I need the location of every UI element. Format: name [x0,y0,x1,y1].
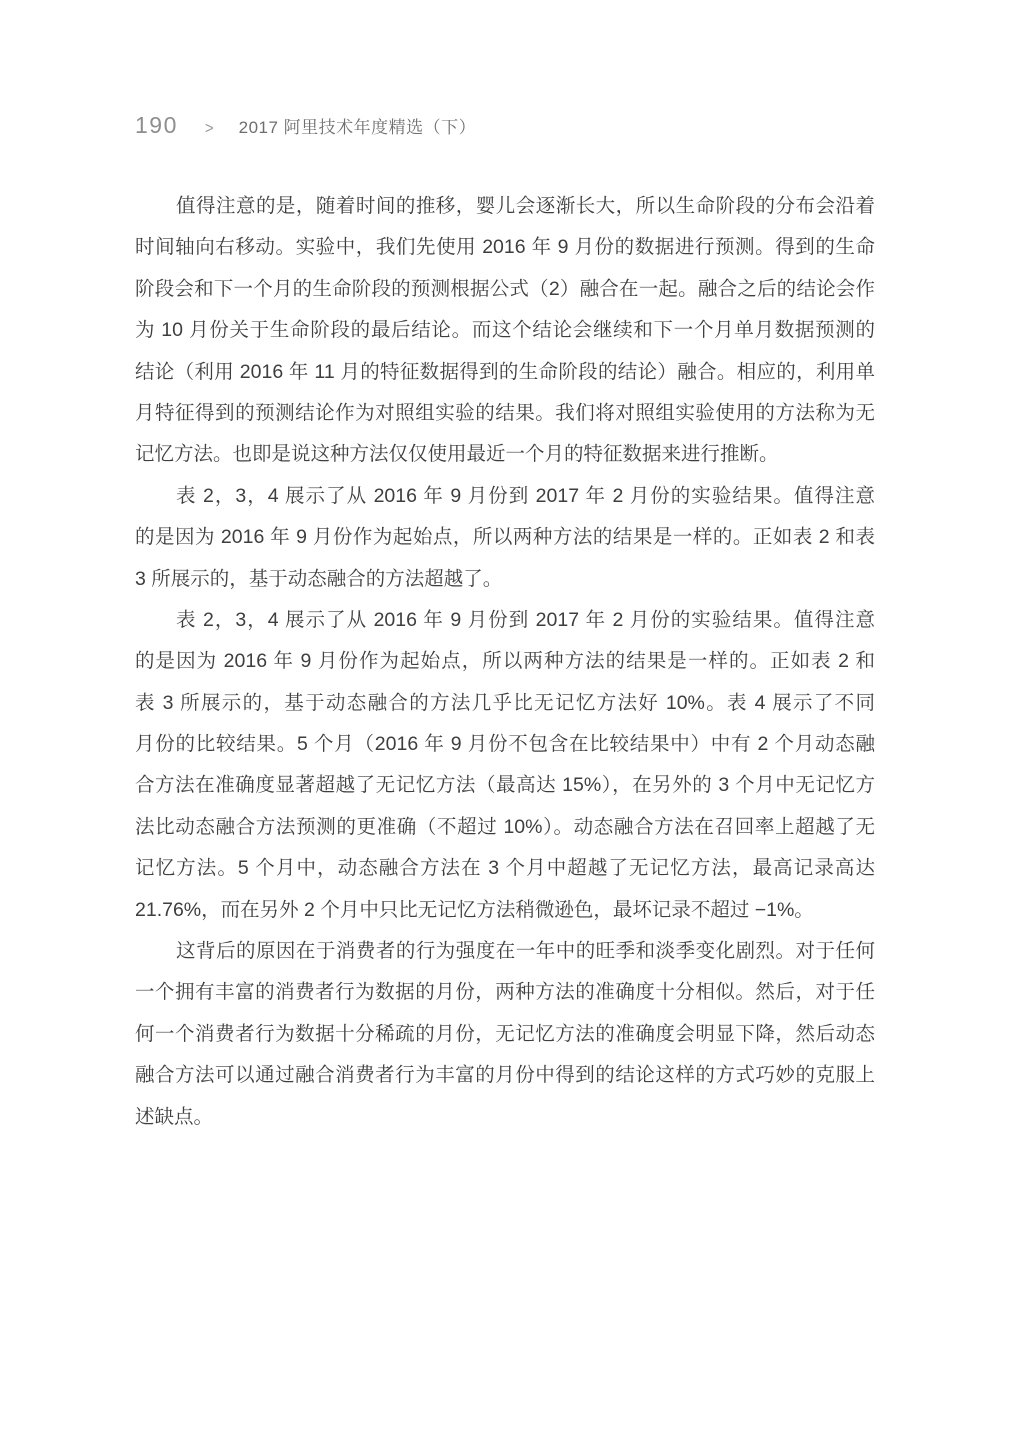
text-line: 融合方法可以通过融合消费者行为丰富的月份中得到的结论这样的方式巧妙的克服上 [135,1055,875,1096]
text-line: 21.76%，而在另外 2 个月中只比无记忆方法稍微逊色，最坏记录不超过 −1%… [135,890,875,931]
page-header: 190 > 2017 阿里技术年度精选（下） [135,112,476,139]
text-line: 为 10 月份关于生命阶段的最后结论。而这个结论会继续和下一个月单月数据预测的 [135,310,875,351]
text-line: 结论（利用 2016 年 11 月的特征数据得到的生命阶段的结论）融合。相应的，… [135,352,875,393]
text-line: 月特征得到的预测结论作为对照组实验的结果。我们将对照组实验使用的方法称为无 [135,393,875,434]
text-line: 表 2，3，4 展示了从 2016 年 9 月份到 2017 年 2 月份的实验… [135,476,875,517]
text-line: 一个拥有丰富的消费者行为数据的月份，两种方法的准确度十分相似。然后，对于任 [135,972,875,1013]
text-line: 记忆方法。也即是说这种方法仅仅使用最近一个月的特征数据来进行推断。 [135,434,875,475]
text-line: 的是因为 2016 年 9 月份作为起始点，所以两种方法的结果是一样的。正如表 … [135,517,875,558]
text-line: 表 2，3，4 展示了从 2016 年 9 月份到 2017 年 2 月份的实验… [135,600,875,641]
chevron-separator-icon: > [205,119,214,138]
text-line: 的是因为 2016 年 9 月份作为起始点，所以两种方法的结果是一样的。正如表 … [135,641,875,682]
text-line: 3 所展示的，基于动态融合的方法超越了。 [135,559,875,600]
document-page: 190 > 2017 阿里技术年度精选（下） 值得注意的是，随着时间的推移，婴儿… [0,0,1031,1440]
body-text: 值得注意的是，随着时间的推移，婴儿会逐渐长大，所以生命阶段的分布会沿着 时间轴向… [135,186,875,1138]
text-line: 合方法在准确度显著超越了无记忆方法（最高达 15%），在另外的 3 个月中无记忆… [135,765,875,806]
text-line: 表 3 所展示的，基于动态融合的方法几乎比无记忆方法好 10%。表 4 展示了不… [135,683,875,724]
text-line: 月份的比较结果。5 个月（2016 年 9 月份不包含在比较结果中）中有 2 个… [135,724,875,765]
book-title: 2017 阿里技术年度精选（下） [239,113,477,138]
text-line: 阶段会和下一个月的生命阶段的预测根据公式（2）融合在一起。融合之后的结论会作 [135,269,875,310]
text-line: 述缺点。 [135,1097,875,1138]
text-line: 这背后的原因在于消费者的行为强度在一年中的旺季和淡季变化剧烈。对于任何 [135,931,875,972]
page-number: 190 [135,112,178,139]
text-line: 值得注意的是，随着时间的推移，婴儿会逐渐长大，所以生命阶段的分布会沿着 [135,186,875,227]
text-line: 何一个消费者行为数据十分稀疏的月份，无记忆方法的准确度会明显下降，然后动态 [135,1014,875,1055]
text-line: 记忆方法。5 个月中，动态融合方法在 3 个月中超越了无记忆方法，最高记录高达 [135,848,875,889]
text-line: 时间轴向右移动。实验中，我们先使用 2016 年 9 月份的数据进行预测。得到的… [135,227,875,268]
text-line: 法比动态融合方法预测的更准确（不超过 10%）。动态融合方法在召回率上超越了无 [135,807,875,848]
